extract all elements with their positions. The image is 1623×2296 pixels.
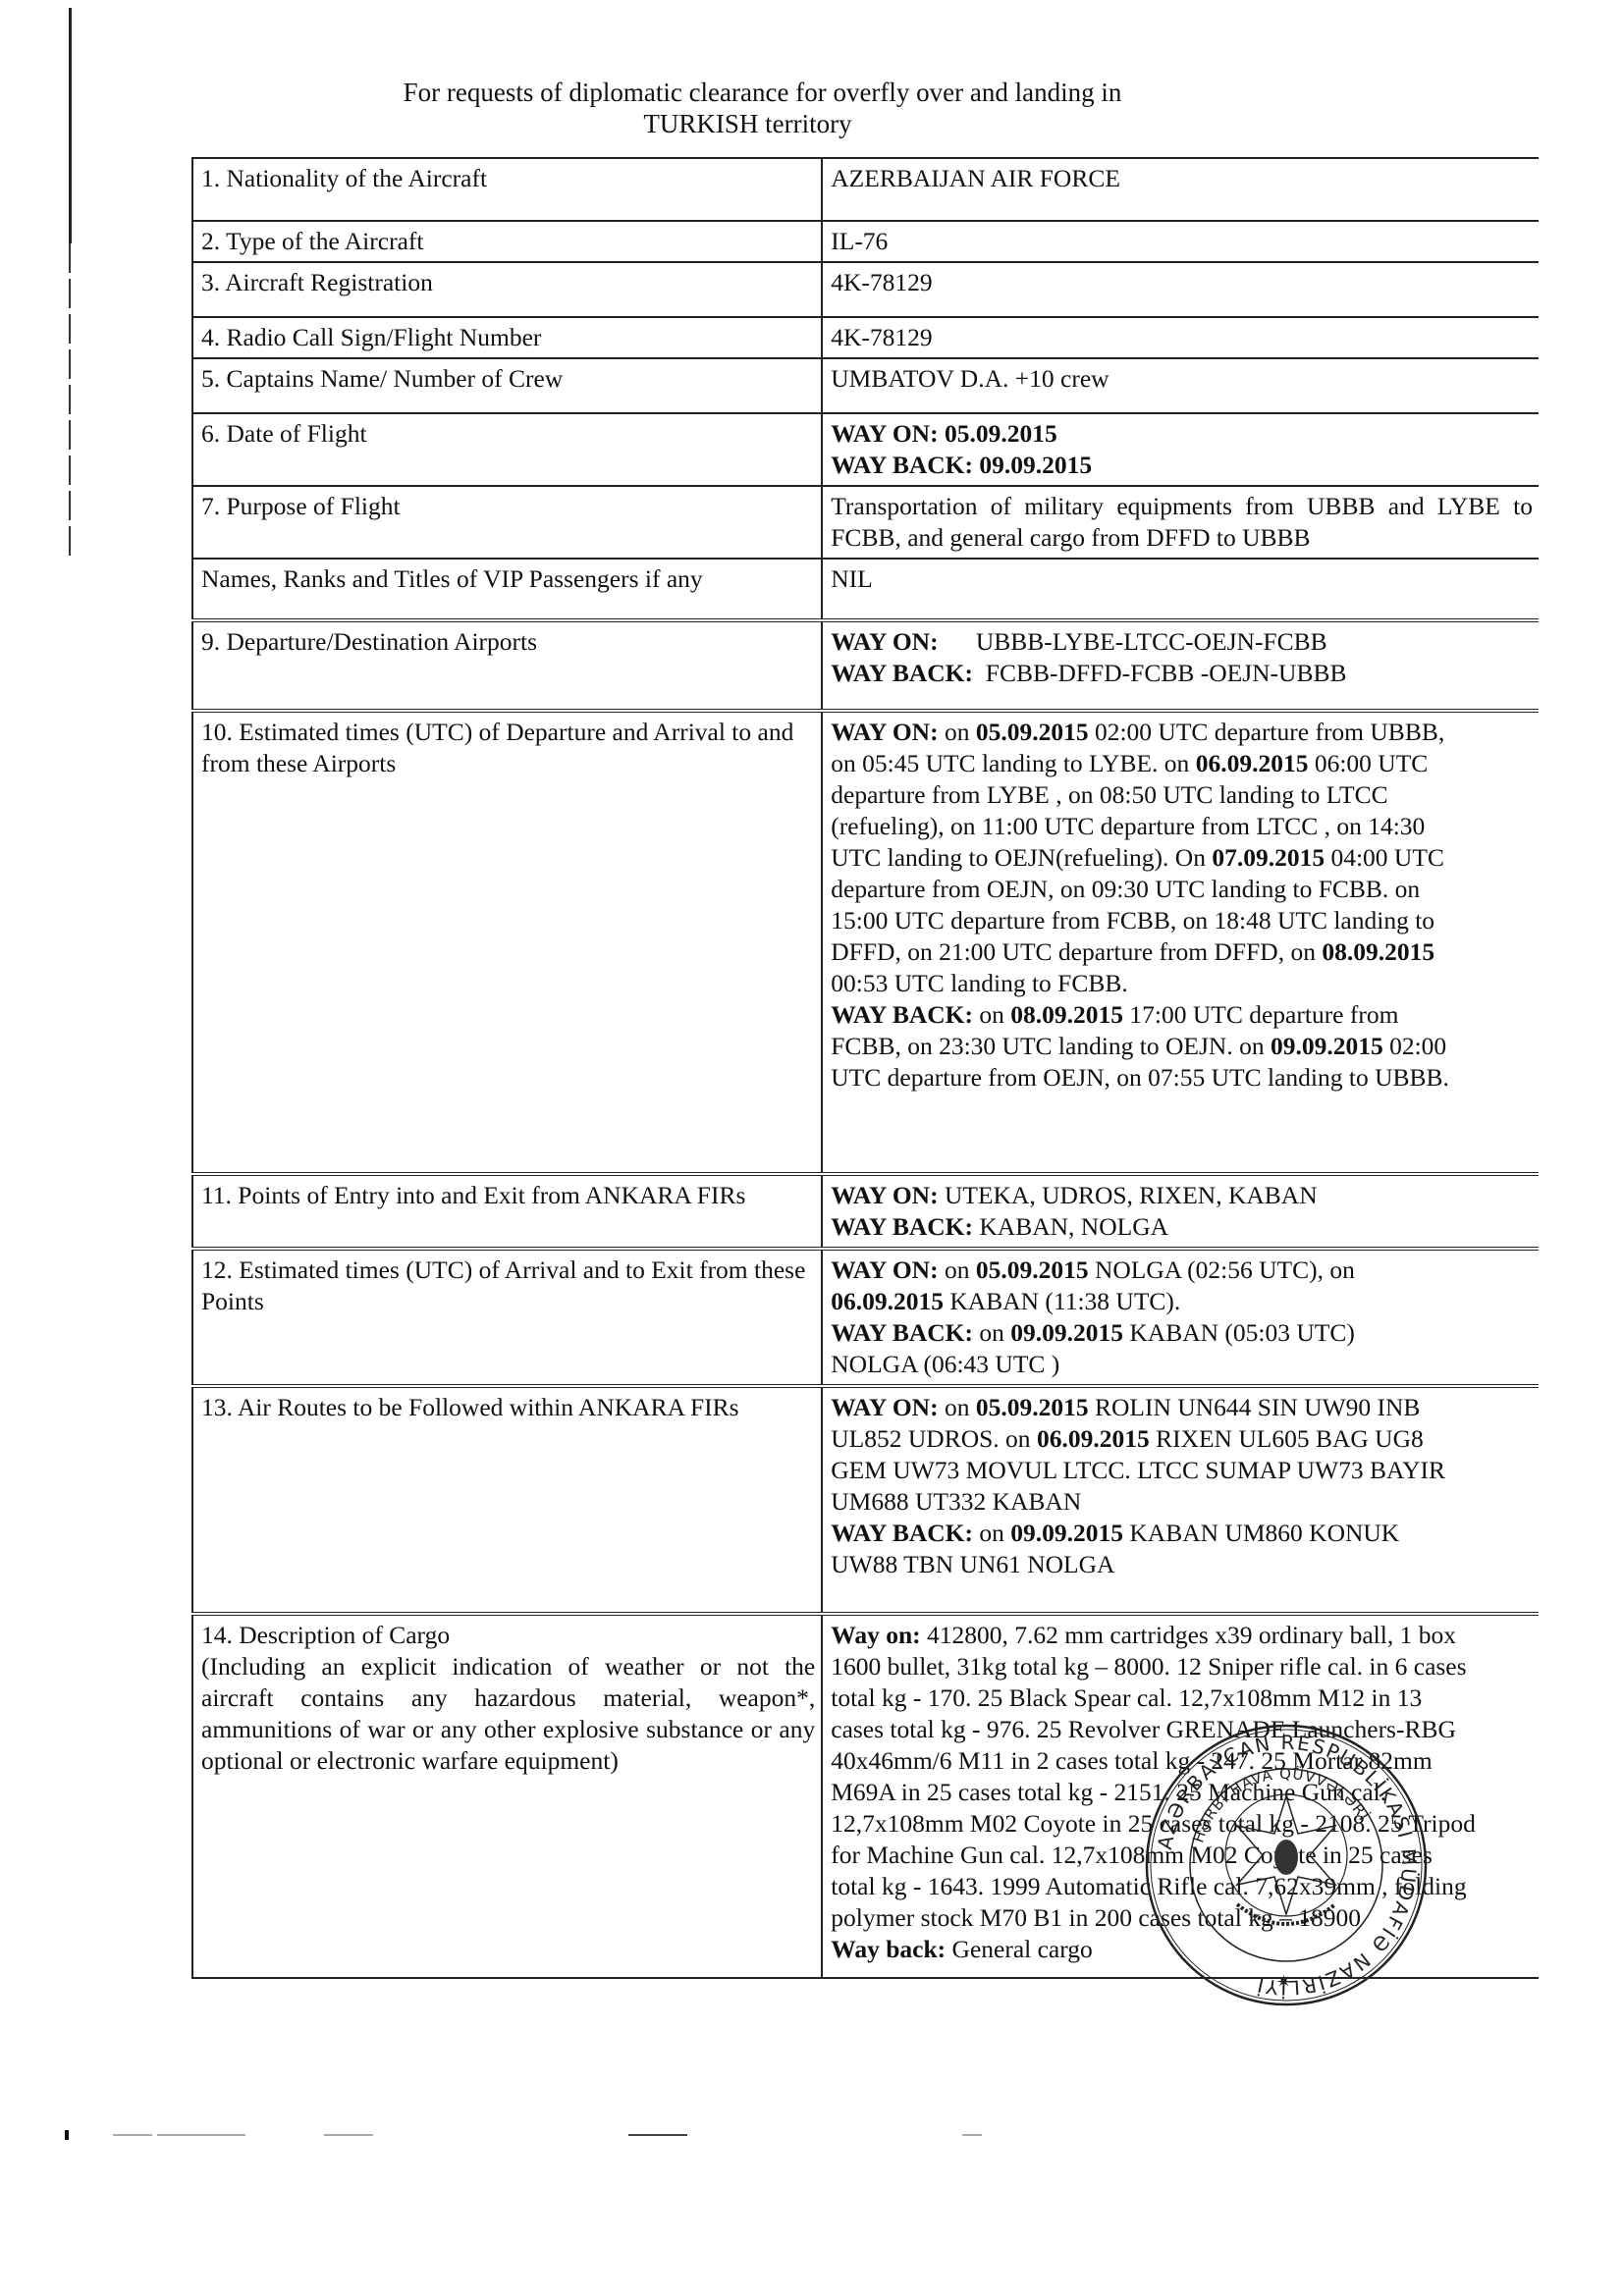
row-label: 3. Aircraft Registration: [192, 262, 822, 317]
row-label: 1. Nationality of the Aircraft: [192, 158, 822, 221]
row-value: WAY ON: on 05.09.2015 ROLIN UN644 SIN UW…: [822, 1386, 1539, 1614]
row-value: Transportation of military equipments fr…: [822, 486, 1539, 559]
value-line: NOLGA (06:43 UTC ): [831, 1349, 1533, 1380]
date-way-on: WAY ON: 05.09.2015: [831, 418, 1533, 450]
row-label: 14. Description of Cargo (Including an e…: [192, 1614, 822, 1978]
row-value: WAY ON: 05.09.2015 WAY BACK: 09.09.2015: [822, 413, 1539, 486]
value-line: UM688 UT332 KABAN: [831, 1486, 1533, 1518]
row-label: 11. Points of Entry into and Exit from A…: [192, 1174, 822, 1249]
table-row: 6. Date of Flight WAY ON: 05.09.2015 WAY…: [192, 413, 1539, 486]
value-line: 1600 bullet, 31kg total kg – 8000. 12 Sn…: [831, 1651, 1533, 1682]
way-back-route: FCBB-DFFD-FCBB -OEJN-UBBB: [986, 659, 1347, 687]
table-row: 5. Captains Name/ Number of Crew UMBATOV…: [192, 358, 1539, 413]
row-label: 13. Air Routes to be Followed within ANK…: [192, 1386, 822, 1614]
value-line: UL852 UDROS. on 06.09.2015 RIXEN UL605 B…: [831, 1423, 1533, 1455]
value-line: 15:00 UTC departure from FCBB, on 18:48 …: [831, 905, 1533, 936]
table-row: 9. Departure/Destination Airports WAY ON…: [192, 620, 1539, 711]
table-row: 2. Type of the Aircraft IL-76: [192, 221, 1539, 262]
value-line: WAY BACK: on 09.09.2015 KABAN (05:03 UTC…: [831, 1317, 1533, 1349]
row-label: 6. Date of Flight: [192, 413, 822, 486]
row-label: 10. Estimated times (UTC) of Departure a…: [192, 711, 822, 1174]
table-row: 3. Aircraft Registration 4K-78129: [192, 262, 1539, 317]
row-value: 4K-78129: [822, 317, 1539, 358]
table-row: 1. Nationality of the Aircraft AZERBAIJA…: [192, 158, 1539, 221]
margin-binding-line-dashed: [69, 243, 71, 558]
row-label: 5. Captains Name/ Number of Crew: [192, 358, 822, 413]
value-line: 06.09.2015 KABAN (11:38 UTC).: [831, 1286, 1533, 1317]
row-label: 2. Type of the Aircraft: [192, 221, 822, 262]
clearance-form-table: 1. Nationality of the Aircraft AZERBAIJA…: [191, 157, 1539, 1979]
value-line: FCBB, on 23:30 UTC landing to OEJN. on 0…: [831, 1031, 1533, 1062]
value-line: 00:53 UTC landing to FCBB.: [831, 968, 1533, 999]
cargo-label: 14. Description of Cargo: [201, 1620, 815, 1651]
value-line: WAY BACK: on 08.09.2015 17:00 UTC depart…: [831, 999, 1533, 1031]
value-line: polymer stock M70 B1 in 200 cases total …: [831, 1902, 1533, 1934]
row-value: WAY ON: UTEKA, UDROS, RIXEN, KABANWAY BA…: [822, 1174, 1539, 1249]
value-line: departure from OEJN, on 09:30 UTC landin…: [831, 874, 1533, 905]
row-value: AZERBAIJAN AIR FORCE: [822, 158, 1539, 221]
value-line: for Machine Gun cal. 12,7x108mm M02 Coyo…: [831, 1840, 1533, 1871]
value-line: total kg - 1643. 1999 Automatic Rifle ca…: [831, 1871, 1533, 1902]
value-line: DFFD, on 21:00 UTC departure from DFFD, …: [831, 936, 1533, 968]
table-row: 13. Air Routes to be Followed within ANK…: [192, 1386, 1539, 1614]
value-line: WAY ON: on 05.09.2015 02:00 UTC departur…: [831, 717, 1533, 748]
row-label: 12. Estimated times (UTC) of Arrival and…: [192, 1249, 822, 1386]
way-on-label: WAY ON:: [831, 627, 938, 656]
value-line: M69A in 25 cases total kg - 2151. 25 Mac…: [831, 1777, 1533, 1808]
row-value: Way on: 412800, 7.62 mm cartridges x39 o…: [822, 1614, 1539, 1978]
value-line: WAY ON: UTEKA, UDROS, RIXEN, KABAN: [831, 1180, 1533, 1211]
row-label: 7. Purpose of Flight: [192, 486, 822, 559]
row-value: IL-76: [822, 221, 1539, 262]
value-line: cases total kg - 976. 25 Revolver GRENAD…: [831, 1714, 1533, 1745]
table-row: 12. Estimated times (UTC) of Arrival and…: [192, 1249, 1539, 1386]
scan-artifact-marks: [0, 2130, 1623, 2150]
row-label: Names, Ranks and Titles of VIP Passenger…: [192, 559, 822, 620]
value-line: WAY ON: on 05.09.2015 ROLIN UN644 SIN UW…: [831, 1392, 1533, 1423]
table-row: 14. Description of Cargo (Including an e…: [192, 1614, 1539, 1978]
value-line: 12,7x108mm M02 Coyote in 25 cases total …: [831, 1808, 1533, 1840]
value-line: UTC landing to OEJN(refueling). On 07.09…: [831, 842, 1533, 874]
way-on-route: UBBB-LYBE-LTCC-OEJN-FCBB: [976, 627, 1327, 656]
row-label: 4. Radio Call Sign/Flight Number: [192, 317, 822, 358]
value-line: Way on: 412800, 7.62 mm cartridges x39 o…: [831, 1620, 1533, 1651]
value-line: Way back: General cargo: [831, 1934, 1533, 1965]
row-value: NIL: [822, 559, 1539, 620]
table-row: 10. Estimated times (UTC) of Departure a…: [192, 711, 1539, 1174]
row-value: WAY ON: on 05.09.2015 NOLGA (02:56 UTC),…: [822, 1249, 1539, 1386]
value-line: WAY BACK: KABAN, NOLGA: [831, 1211, 1533, 1243]
value-line: (refueling), on 11:00 UTC departure from…: [831, 811, 1533, 842]
value-line: on 05:45 UTC landing to LYBE. on 06.09.2…: [831, 748, 1533, 779]
row-value: 4K-78129: [822, 262, 1539, 317]
table-row: 4. Radio Call Sign/Flight Number 4K-7812…: [192, 317, 1539, 358]
cargo-label-note: (Including an explicit indication of wea…: [201, 1651, 815, 1777]
header-line-1: For requests of diplomatic clearance for…: [0, 77, 1623, 108]
value-line: UW88 TBN UN61 NOLGA: [831, 1549, 1533, 1580]
value-line: 40x46mm/6 M11 in 2 cases total kg - 247.…: [831, 1745, 1533, 1777]
row-value: WAY ON: on 05.09.2015 02:00 UTC departur…: [822, 711, 1539, 1174]
header-line-2: TURKISH territory: [0, 108, 1623, 139]
value-line: GEM UW73 MOVUL LTCC. LTCC SUMAP UW73 BAY…: [831, 1455, 1533, 1486]
value-line: departure from LYBE , on 08:50 UTC landi…: [831, 779, 1533, 811]
date-way-back: WAY BACK: 09.09.2015: [831, 450, 1533, 481]
row-value: UMBATOV D.A. +10 crew: [822, 358, 1539, 413]
value-line: UTC departure from OEJN, on 07:55 UTC la…: [831, 1062, 1533, 1094]
table-row: 11. Points of Entry into and Exit from A…: [192, 1174, 1539, 1249]
way-back-label: WAY BACK:: [831, 659, 973, 687]
value-line: WAY ON: on 05.09.2015 NOLGA (02:56 UTC),…: [831, 1255, 1533, 1286]
document-header: For requests of diplomatic clearance for…: [0, 77, 1623, 139]
table-row: Names, Ranks and Titles of VIP Passenger…: [192, 559, 1539, 620]
value-line: WAY BACK: on 09.09.2015 KABAN UM860 KONU…: [831, 1518, 1533, 1549]
table-row: 7. Purpose of Flight Transportation of m…: [192, 486, 1539, 559]
value-line: total kg - 170. 25 Black Spear cal. 12,7…: [831, 1682, 1533, 1714]
row-value: WAY ON: UBBB-LYBE-LTCC-OEJN-FCBB WAY BAC…: [822, 620, 1539, 711]
row-label: 9. Departure/Destination Airports: [192, 620, 822, 711]
